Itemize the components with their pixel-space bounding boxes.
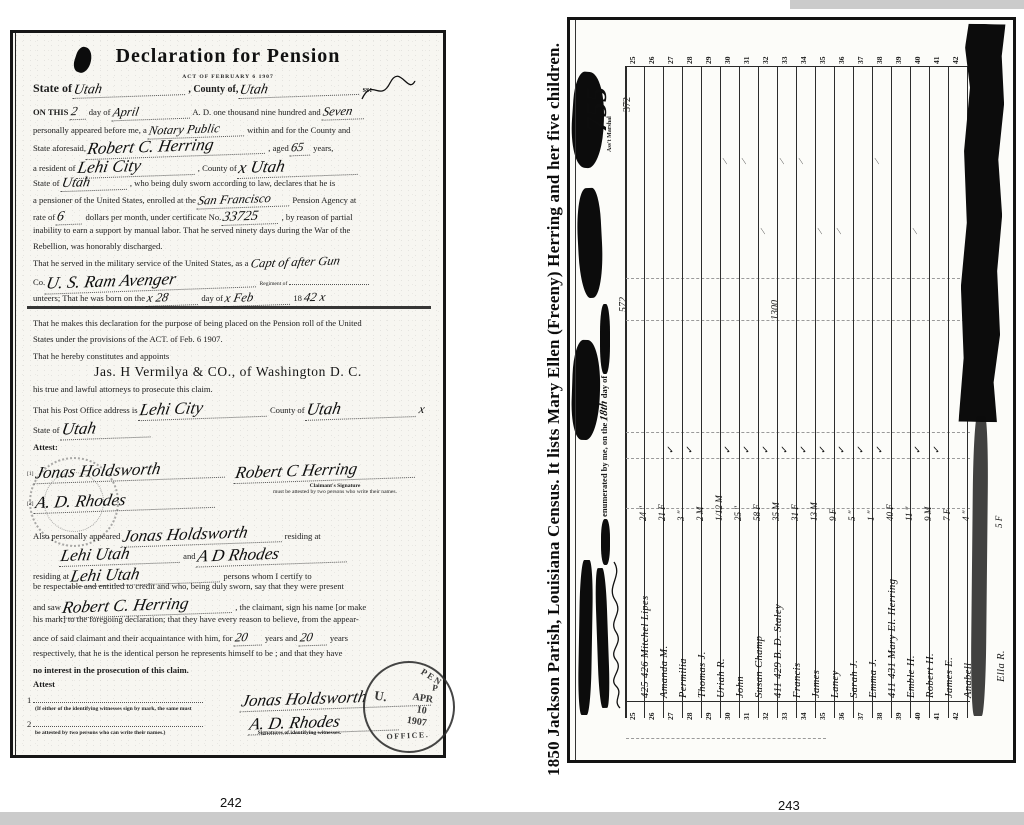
printed-text: no interest in the prosecution of this c…	[33, 665, 189, 675]
printed-text: States under the provisions of the ACT. …	[33, 334, 223, 344]
handwritten-rank: Capt of after Gun	[249, 254, 341, 271]
printed-text: residing at	[33, 571, 69, 581]
printed-text: day of	[201, 293, 223, 303]
line-number: 32	[761, 49, 770, 64]
handwritten-age: 65	[290, 141, 313, 156]
census-entry-column: 9 M Robert H.	[910, 66, 930, 718]
census-entry-column: 3 ″ Permilia	[663, 66, 683, 718]
printed-text: That he makes this declaration for the p…	[33, 318, 362, 328]
printed-text: That his Post Office address is	[33, 405, 138, 415]
census-entry-column: 24 ″ 425 426 Mitchel Lipes	[625, 66, 645, 718]
printed-text: , aged	[268, 143, 289, 153]
check-mark: ✓	[874, 444, 886, 454]
printed-text: unteers; That he was born on the	[33, 293, 145, 303]
form-line-witness-residences: Lehi Utah and A D Rhodes	[61, 545, 463, 565]
printed-text: Pension Agency at	[292, 195, 356, 205]
census-entry-column: 25 ″ John	[720, 66, 740, 718]
printed-text: , County of,	[188, 84, 238, 95]
handwritten-dollars: 6	[56, 209, 85, 226]
printed-text: County of	[270, 405, 305, 415]
census-entry-column: 7 F James E.	[929, 66, 949, 718]
handwritten-month: April	[111, 104, 192, 121]
census-entry-column: 1 ″ Emma J.	[853, 66, 873, 718]
check-mark: ✓	[665, 444, 677, 454]
line-number: 31	[742, 49, 751, 64]
form-line-state2: State of Utah , who being duly sworn acc…	[33, 175, 435, 191]
printed-text: Co.	[33, 277, 45, 287]
ink-blot	[578, 560, 594, 715]
line-number: 41	[932, 49, 941, 64]
pension-declaration-document: Declaration for Pension ACT OF FEBRUARY …	[10, 30, 446, 758]
form-line: no interest in the prosecution of this c…	[33, 666, 435, 675]
census-entry-column: 2 M Thomas J.	[682, 66, 702, 718]
witness-number: [1]	[27, 471, 34, 477]
printed-text: ance of said claimant and their acquaint…	[33, 633, 233, 643]
printed-text: and	[183, 551, 195, 561]
handwritten-po-state: Utah	[60, 417, 154, 440]
line-number: 27	[666, 49, 675, 64]
line-number: 28	[685, 49, 694, 64]
printed-text: his mark] to the foregoing declaration; …	[33, 614, 359, 624]
check-mark: ✓	[836, 444, 848, 454]
witness-signature-2: [2] A. D. Rhodes	[27, 491, 429, 511]
line-number: 33	[780, 49, 789, 64]
check-mark: ✓	[912, 444, 924, 454]
census-caption: 1850 Jackson Parish, Louisiana Census. I…	[544, 20, 566, 776]
check-mark: ✓	[684, 444, 696, 454]
right-page-number: 243	[778, 798, 800, 813]
check-mark: ✓	[779, 444, 791, 454]
printed-text: State of	[33, 178, 60, 188]
form-line-claimant: State aforesaid, Robert C. Herring , age…	[33, 137, 435, 157]
printed-text: That he served in the military service o…	[33, 258, 249, 268]
printed-text: State aforesaid,	[33, 143, 86, 153]
printed-text: A. D. one thousand nine hundred and	[192, 107, 320, 117]
line-number: 25	[628, 49, 637, 64]
census-document: 755 372 Ass't Marshal 572 1300 enumerate…	[567, 17, 1016, 763]
line-number: 40	[913, 49, 922, 64]
column-gridline	[626, 738, 826, 739]
line-number: 37	[856, 49, 865, 64]
handwritten-years1: 20	[233, 631, 264, 647]
witness-number: 2	[27, 719, 31, 729]
handwritten-years2: 20	[298, 631, 329, 647]
section-rule	[27, 306, 431, 309]
ink-blot	[600, 304, 610, 374]
stamp-text: P	[432, 682, 439, 693]
enumeration-line: enumerated by me, on the 18th day of	[598, 175, 610, 565]
printed-text: and saw	[33, 602, 61, 612]
form-line-years: ance of said claimant and their acquaint…	[33, 631, 435, 646]
printed-text: 18	[293, 293, 302, 303]
form-line: Rebellion, was honorably discharged.	[33, 242, 435, 251]
printed-text: , County of	[198, 163, 237, 173]
handwritten-birth-day: x 28	[146, 290, 201, 307]
census-entry-column: 9 F Laney	[815, 66, 835, 718]
printed-text: dollars per month, under certificate No.	[86, 212, 222, 222]
printed-text: Also personally appeared	[33, 531, 120, 541]
printed-text: his true and lawful attorneys to prosecu…	[33, 384, 213, 394]
census-entry-column: 11 ″ Emble H.	[891, 66, 911, 718]
census-entry-column: 31 F Francis	[777, 66, 797, 718]
left-page-number: 242	[220, 795, 242, 810]
printed-note: Signatures of identifying witnesses.	[258, 730, 342, 736]
act-text: ACT OF FEBRUARY 6 1907	[182, 74, 274, 80]
printed-text: personally appeared before me, a	[33, 125, 147, 135]
witness-1-signature: Jonas Holdsworth	[33, 458, 228, 484]
check-mark: ✓	[741, 444, 753, 454]
stamp-text: 1907	[406, 715, 427, 729]
line-number: 30	[723, 49, 732, 64]
attest-label: Attest:	[33, 443, 435, 452]
printed-text: Attest	[33, 679, 55, 689]
printed-text: rate of	[33, 212, 55, 222]
printed-text: , by reason of partial	[282, 212, 353, 222]
form-line: That he hereby constitutes and appoints	[33, 352, 435, 361]
handwritten-state2: Utah	[60, 174, 129, 193]
form-line-date: ON THIS 2 day of April A. D. one thousan…	[33, 105, 435, 120]
form-line: his mark] to the foregoing declaration; …	[33, 615, 435, 624]
handwritten-birth-year: 42 x	[303, 291, 327, 305]
printed-text: Rebellion, was honorably discharged.	[33, 241, 162, 251]
handwritten-certificate-no: 33725	[222, 208, 281, 226]
assistant-marshal-label: Ass't Marshal	[607, 102, 613, 152]
census-entry-column: 1/12 M Uriah R.	[701, 66, 721, 718]
printed-text: enumerated by me, on the	[599, 423, 609, 517]
form-line: respectively, that he is the identical p…	[33, 649, 435, 658]
printed-text: years and	[265, 633, 298, 643]
scan-edge-bottom	[0, 812, 1024, 825]
blank-line	[33, 718, 203, 727]
ink-blot	[570, 340, 601, 441]
handwritten-birth-month: x Feb	[224, 290, 293, 307]
form-line-pensioner: a pensioner of the United States, enroll…	[33, 193, 435, 208]
printed-text: , who being duly sworn according to law,…	[130, 178, 335, 188]
census-entry-column: 13 M James	[796, 66, 816, 718]
line-number: 38	[875, 49, 884, 64]
ink-blot	[601, 519, 610, 565]
form-line-residence: a resident of Lehi City , County of x Ut…	[33, 157, 435, 177]
handwritten-residence1: Lehi Utah	[59, 543, 183, 567]
scan-edge-top-right	[790, 0, 1024, 9]
census-entry-column: 40 F 411 431 Mary El. Herring	[872, 66, 892, 718]
form-line: States under the provisions of the ACT. …	[33, 335, 435, 344]
census-entry-column: 21 F Amanda M.	[644, 66, 664, 718]
binding-smudge	[970, 416, 988, 716]
check-mark: ✓	[798, 444, 810, 454]
census-entry-column: 5 ″ Sarah J.	[834, 66, 854, 718]
printed-text: , the claimant, sign his name [or make	[235, 602, 366, 612]
printed-text: That he hereby constitutes and appoints	[33, 351, 169, 361]
line-number: 35	[818, 49, 827, 64]
form-line-and-saw: and saw Robert C. Herring , the claimant…	[33, 596, 435, 616]
blank-line	[289, 276, 369, 285]
check-mark: ✓	[760, 444, 772, 454]
line-number: 34	[799, 49, 808, 64]
claimant-signature: Robert C Herring	[233, 458, 418, 484]
form-line-company: Co. U. S. Ram Avenger Regiment of	[33, 271, 435, 291]
printed-text: State of	[33, 81, 72, 95]
form-line-rate: rate of 6 dollars per month, under certi…	[33, 209, 435, 225]
witness-2-signature: A. D. Rhodes	[33, 488, 218, 514]
printed-text: a pensioner of the United States, enroll…	[33, 195, 196, 205]
stamp-text: 10	[416, 704, 428, 716]
printed-text: inability to earn a support by manual la…	[33, 225, 350, 235]
book-scan: Declaration for Pension ACT OF FEBRUARY …	[0, 0, 1024, 825]
form-line-state-county: State of Utah , County of, Utah ss:	[33, 81, 435, 97]
blank-line	[33, 694, 203, 703]
printed-text: Regiment of	[260, 281, 288, 287]
form-line: That he makes this declaration for the p…	[33, 319, 435, 328]
form-line: inability to earn a support by manual la…	[33, 226, 435, 235]
illegible-cursive-squiggle	[610, 560, 626, 710]
form-line-po-state: State of Utah	[33, 419, 435, 439]
age-value: 5	[994, 524, 1004, 529]
witness-number: [2]	[27, 501, 34, 507]
stamp-text: APR	[412, 692, 434, 706]
form-line: be respectable and entitled to credit an…	[33, 582, 435, 591]
attorney-firm-name: Jas. H Vermilya & CO., of Washington D. …	[94, 364, 362, 379]
handwritten-agency: San Francisco	[197, 191, 292, 209]
line-number: 39	[894, 49, 903, 64]
handwritten-state: Utah	[72, 79, 188, 99]
title-text: Declaration for Pension	[116, 45, 341, 67]
printed-text: residing at	[285, 531, 321, 541]
check-mark: ✓	[855, 444, 867, 454]
line-number: 26	[647, 49, 656, 64]
printed-text: ON THIS	[33, 107, 68, 117]
printed-text: respectively, that he is the identical p…	[33, 648, 342, 658]
census-entry-column: 35 M 411 429 B. D. Staley	[758, 66, 778, 718]
printed-text: day of	[89, 107, 111, 117]
printed-text: persons whom I certify to	[223, 571, 311, 581]
line-number: 36	[837, 49, 846, 64]
stamp-text: U.	[373, 688, 388, 706]
witness-signature-1: [1] Jonas Holdsworth Robert C Herring	[27, 461, 429, 481]
printed-note: be attested by two persons who can write…	[35, 730, 165, 736]
printed-text: a resident of	[33, 163, 75, 173]
check-mark: ✓	[931, 444, 943, 454]
handwritten-day: 2	[69, 105, 88, 120]
stamp-text: OFFICE.	[386, 730, 429, 741]
check-mark: ✓	[722, 444, 734, 454]
printed-text: years	[330, 633, 348, 643]
handwritten-county: Utah	[239, 79, 363, 100]
check-mark: ✓	[817, 444, 829, 454]
handwritten-day: 18th	[598, 399, 611, 421]
ink-blot	[595, 568, 611, 708]
sex-mark: F	[994, 516, 1004, 522]
form-line-born: unteers; That he was born on the x 28 da…	[33, 291, 435, 306]
line-number: 29	[704, 49, 713, 64]
document-title: Declaration for Pension	[13, 45, 443, 67]
census-entry-column: 58 F Susan Champ	[739, 66, 759, 718]
act-line: ACT OF FEBRUARY 6 1907	[13, 71, 443, 80]
handwritten-po-city: Lehi City	[138, 397, 270, 421]
extra-entry-name: Ella R.	[996, 532, 1007, 682]
printed-note: (If either of the identifying witnesses …	[35, 706, 192, 712]
handwritten-year: Seven	[321, 104, 366, 120]
handwritten-po-county: Utah	[305, 397, 419, 421]
printed-text: years,	[313, 143, 333, 153]
printed-text: ss:	[363, 84, 373, 94]
printed-text: be respectable and entitled to credit an…	[33, 581, 344, 591]
printed-text: Attest:	[33, 442, 58, 452]
form-line-also-appeared: Also personally appeared Jonas Holdswort…	[33, 525, 435, 545]
printed-text: State of	[33, 425, 60, 435]
witness-number: 1	[27, 695, 31, 705]
printed-text: day of	[599, 376, 609, 398]
extra-entry-age: 5 F	[994, 458, 1004, 528]
form-line: his true and lawful attorneys to prosecu…	[33, 385, 435, 394]
handwritten-x-mark: x	[418, 403, 426, 417]
line-number: 42	[951, 49, 960, 64]
attorney-firm-line: Jas. H Vermilya & CO., of Washington D. …	[13, 365, 443, 380]
form-line-po-address: That his Post Office address is Lehi Cit…	[33, 399, 435, 419]
